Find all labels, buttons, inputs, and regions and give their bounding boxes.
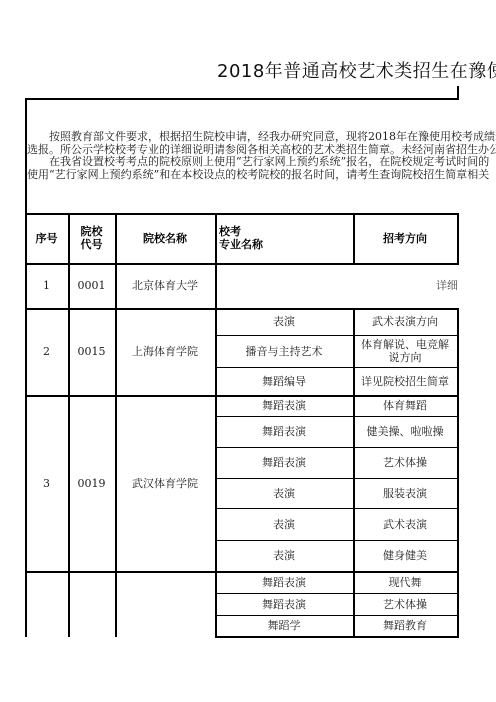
direction-cell: 健美操、啦啦操 <box>353 417 457 446</box>
major-cell: 舞蹈表演 <box>215 572 353 592</box>
direction-cell: 武术表演 <box>353 509 457 539</box>
direction-cell: 舞蹈教育 <box>353 616 457 635</box>
header-code: 院校 代号 <box>68 214 115 262</box>
document-page: 2018年普通高校艺术类招生在豫使 按照教育部文件要求，根据招生院校申请，经我办… <box>0 0 496 702</box>
major-cell: 舞蹈表演 <box>215 448 353 477</box>
grid-line <box>215 636 459 638</box>
major-cell: 舞蹈表演 <box>215 417 353 446</box>
name-cell: 上海体育学院 <box>115 309 215 394</box>
header-name: 院校名称 <box>115 214 215 262</box>
notice-box-top-border <box>25 98 459 100</box>
notice-paragraph: 按照教育部文件要求，根据招生院校申请，经我办研究同意，现将2018年在豫使用校考… <box>27 131 496 182</box>
major-cell: 舞蹈学 <box>215 616 353 635</box>
name-cell: 武汉体育学院 <box>115 396 215 570</box>
major-cell: 播音与主持艺术 <box>215 336 353 366</box>
code-cell: 0019 <box>68 396 115 570</box>
major-cell: 舞蹈表演 <box>215 594 353 614</box>
page-title: 2018年普通高校艺术类招生在豫使 <box>217 57 496 83</box>
note-text: 详细 <box>430 277 464 293</box>
header-direction: 招考方向 <box>353 214 457 262</box>
major-cell: 舞蹈编导 <box>215 368 353 394</box>
header-seq: 序号 <box>25 214 68 262</box>
major-cell: 表演 <box>215 479 353 507</box>
direction-cell: 现代舞 <box>353 572 457 592</box>
direction-cell: 体育解说、电竞解说方向 <box>353 336 457 366</box>
notice-line: 使用“艺行家网上预约系统”和在本校设点的校考院校的报名时间，请考生查询院校招生简… <box>27 169 496 182</box>
major-cell: 表演 <box>215 541 353 570</box>
notice-line: 按照教育部文件要求，根据招生院校申请，经我办研究同意，现将2018年在豫使用校考… <box>27 131 496 144</box>
direction-cell: 详见院校招生简章 <box>353 368 457 394</box>
direction-cell: 健身健美 <box>353 541 457 570</box>
major-cell: 舞蹈表演 <box>215 396 353 415</box>
seq-cell: 2 <box>25 309 68 394</box>
seq-cell: 3 <box>25 396 68 570</box>
name-cell: 北京体育大学 <box>115 264 215 307</box>
grid-line <box>457 308 459 636</box>
direction-cell: 武术表演方向 <box>353 309 457 334</box>
code-cell: 0015 <box>68 309 115 394</box>
header-major: 校考 专业名称 <box>215 214 353 262</box>
major-cell: 表演 <box>215 309 353 334</box>
direction-cell: 服装表演 <box>353 479 457 507</box>
seq-cell: 1 <box>25 264 68 307</box>
direction-cell: 艺术体操 <box>353 594 457 614</box>
direction-cell: 艺术体操 <box>353 448 457 477</box>
grid-line <box>457 213 459 263</box>
direction-cell: 体育舞蹈 <box>353 396 457 415</box>
code-cell: 0001 <box>68 264 115 307</box>
major-cell: 表演 <box>215 509 353 539</box>
